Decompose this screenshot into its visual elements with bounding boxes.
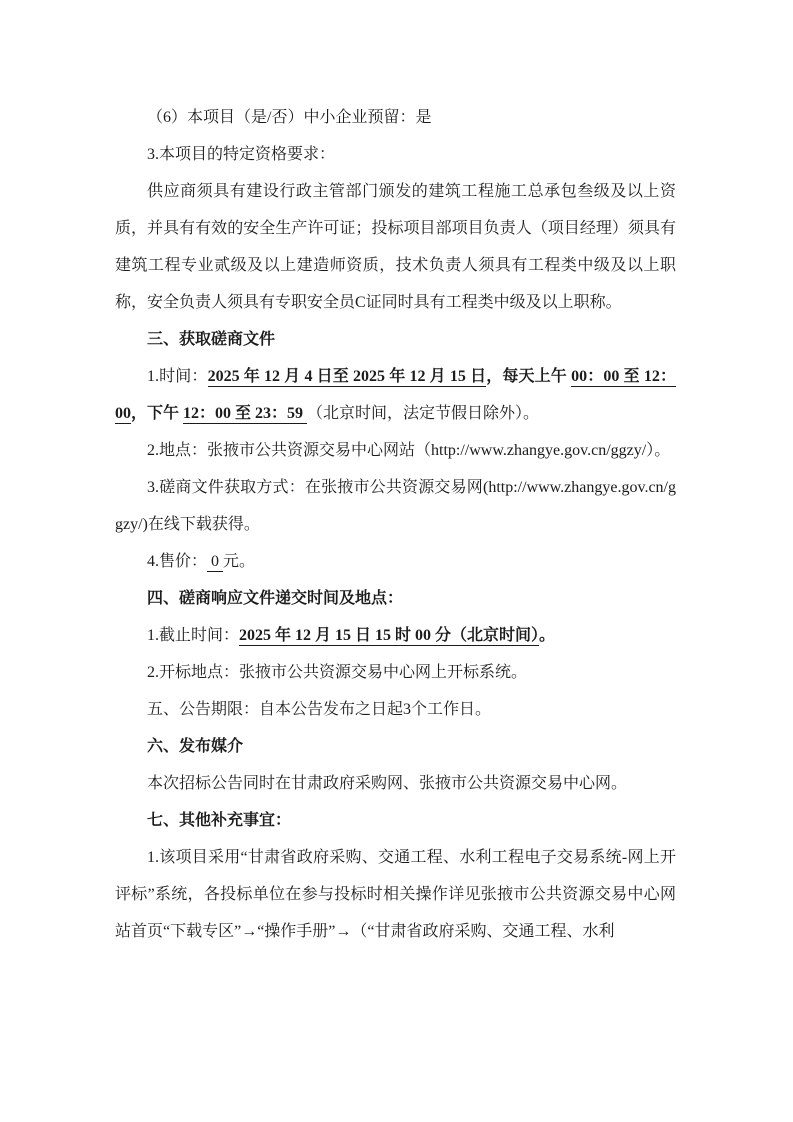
- obtain-method-line: 3.磋商文件获取方式：在张掖市公共资源交易网(http://www.zhangy…: [115, 469, 676, 543]
- document-page: （6）本项目（是/否）中小企业预留：是3.本项目的特定资格要求：供应商须具有建设…: [0, 0, 793, 1122]
- text-run: （6）本项目（是/否）中小企业预留：是: [147, 109, 431, 126]
- specific-qualification-label: 3.本项目的特定资格要求：: [115, 136, 676, 173]
- text-run: 4.售价：: [147, 553, 207, 570]
- text-run: 五、公告期限：自本公告发布之日起3个工作日。: [147, 701, 491, 718]
- text-run: 四、磋商响应文件递交时间及地点：: [147, 590, 403, 607]
- text-run: ，每天上午: [486, 368, 571, 385]
- text-run: 12：00 至 23：59: [183, 405, 307, 424]
- qualification-requirements: 供应商须具有建设行政主管部门颁发的建筑工程施工总承包叁级及以上资质，并具有有效的…: [115, 173, 676, 321]
- text-run: 1.截止时间：: [147, 627, 239, 644]
- bid-opening-place-line: 2.开标地点：张掖市公共资源交易中心网上开标系统。: [115, 654, 676, 691]
- text-run: 0: [207, 553, 223, 572]
- section-5-announcement-period: 五、公告期限：自本公告发布之日起3个工作日。: [115, 691, 676, 728]
- section-3-obtain-documents: 三、获取磋商文件: [115, 321, 676, 358]
- document-content: （6）本项目（是/否）中小企业预留：是3.本项目的特定资格要求：供应商须具有建设…: [0, 0, 793, 1122]
- text-run: 。: [539, 627, 555, 644]
- price-line: 4.售价： 0 元。: [115, 543, 676, 580]
- text-run: 三、获取磋商文件: [147, 331, 275, 348]
- text-run: 2025 年 12 月 15 日 15 时 00 分（北京时间）: [239, 627, 539, 646]
- text-run: 2025 年 12 月 4 日至 2025 年 12 月 15 日: [208, 368, 487, 387]
- text-run: 1.该项目采用“甘肃省政府采购、交通工程、水利工程电子交易系统-网上开评标”系统…: [115, 849, 676, 940]
- other-matters-paragraph: 1.该项目采用“甘肃省政府采购、交通工程、水利工程电子交易系统-网上开评标”系统…: [115, 839, 676, 950]
- text-run: 本次招标公告同时在甘肃政府采购网、张掖市公共资源交易中心网。: [147, 775, 627, 792]
- smb-reservation-line: （6）本项目（是/否）中小企业预留：是: [115, 99, 676, 136]
- publication-media-line: 本次招标公告同时在甘肃政府采购网、张掖市公共资源交易中心网。: [115, 765, 676, 802]
- section-4-response-submission: 四、磋商响应文件递交时间及地点：: [115, 580, 676, 617]
- text-run: ，下午: [131, 405, 183, 422]
- text-run: 3.磋商文件获取方式：在张掖市公共资源交易网(http://www.zhangy…: [115, 479, 676, 533]
- text-run: 元。: [223, 553, 255, 570]
- section-7-other-matters: 七、其他补充事宜：: [115, 802, 676, 839]
- obtain-time-line: 1.时间：2025 年 12 月 4 日至 2025 年 12 月 15 日，每…: [115, 358, 676, 432]
- text-run: 七、其他补充事宜：: [147, 812, 291, 829]
- text-run: 2.开标地点：张掖市公共资源交易中心网上开标系统。: [147, 664, 527, 681]
- deadline-line: 1.截止时间：2025 年 12 月 15 日 15 时 00 分（北京时间）。: [115, 617, 676, 654]
- text-run: 1.时间：: [147, 368, 208, 385]
- obtain-place-line: 2.地点：张掖市公共资源交易中心网站（http://www.zhangye.go…: [115, 432, 676, 469]
- text-run: 六、发布媒介: [147, 738, 243, 755]
- text-run: 3.本项目的特定资格要求：: [147, 146, 335, 163]
- section-6-publication-media: 六、发布媒介: [115, 728, 676, 765]
- text-run: 2.地点：张掖市公共资源交易中心网站（http://www.zhangye.go…: [147, 442, 670, 459]
- text-run: （北京时间，法定节假日除外）。: [307, 405, 539, 422]
- text-run: 供应商须具有建设行政主管部门颁发的建筑工程施工总承包叁级及以上资质，并具有有效的…: [115, 183, 676, 311]
